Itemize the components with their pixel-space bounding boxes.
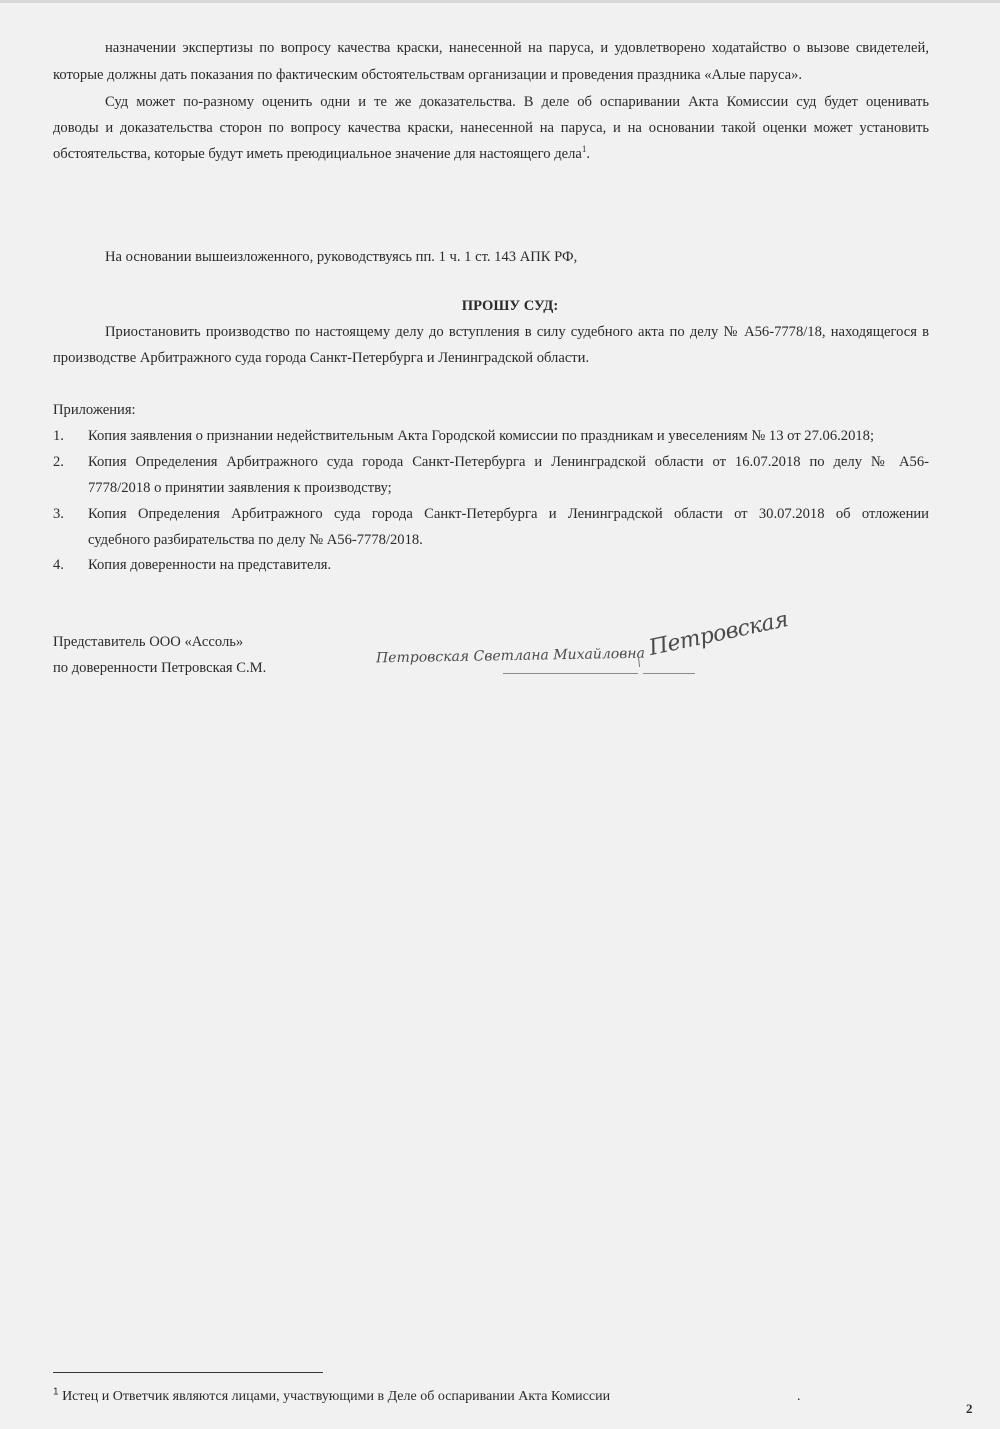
paragraph-1-line-1: назначении экспертизы по вопросу качеств…: [105, 39, 929, 57]
handwritten-signature: Петровская: [647, 607, 790, 661]
handwritten-full-name: Петровская Светлана Михайловна: [376, 646, 645, 667]
sentence-end: .: [586, 146, 590, 162]
basis-statement: На основании вышеизложенного, руководств…: [105, 248, 577, 266]
attachments-label: Приложения:: [53, 401, 136, 419]
request-line-1: Приостановить производство по настоящему…: [105, 323, 929, 341]
paragraph-2-line-3: обстоятельства, которые будут иметь прею…: [53, 145, 590, 163]
footnote-separator: [53, 1372, 323, 1373]
signature-underline: [643, 673, 695, 674]
paragraph-1-line-2: которые должны дать показания по фактиче…: [53, 66, 802, 84]
footnote: 1 Истец и Ответчик являются лицами, учас…: [53, 1388, 610, 1406]
attachment-number: 1.: [53, 427, 64, 445]
paragraph-2-line-2: доводы и доказательства сторон по вопрос…: [53, 119, 929, 137]
attachment-number: 3.: [53, 505, 64, 523]
attachment-text: Копия Определения Арбитражного суда горо…: [88, 453, 929, 471]
signatory-title: Представитель ООО «Ассоль»: [53, 633, 243, 651]
paragraph-2-line-3-text: обстоятельства, которые будут иметь прею…: [53, 146, 582, 162]
attachment-text: Копия заявления о признании недействител…: [88, 427, 874, 445]
attachment-number: 2.: [53, 453, 64, 471]
footnote-text: Истец и Ответчик являются лицами, участв…: [62, 1389, 610, 1404]
footnote-marker: 1: [53, 1386, 59, 1397]
footnote-trailing-dot: .: [797, 1388, 801, 1406]
attachment-text-continued: 7778/2018 о принятии заявления к произво…: [88, 479, 392, 497]
name-underline: [503, 673, 638, 674]
paragraph-2-line-1: Суд может по-разному оценить одни и те ж…: [105, 93, 929, 111]
request-line-2: производстве Арбитражного суда города Са…: [53, 349, 589, 367]
request-heading: ПРОШУ СУД:: [0, 297, 1000, 315]
page-number: 2: [966, 1401, 973, 1417]
separator-mark: \: [637, 655, 641, 669]
attachment-text-continued: судебного разбирательства по делу № А56-…: [88, 531, 423, 549]
attachment-text: Копия Определения Арбитражного суда горо…: [88, 505, 929, 523]
signatory-authority: по доверенности Петровская С.М.: [53, 659, 266, 677]
attachment-number: 4.: [53, 556, 64, 574]
attachment-text: Копия доверенности на представителя.: [88, 556, 331, 574]
document-page: назначении экспертизы по вопросу качеств…: [0, 0, 1000, 1429]
